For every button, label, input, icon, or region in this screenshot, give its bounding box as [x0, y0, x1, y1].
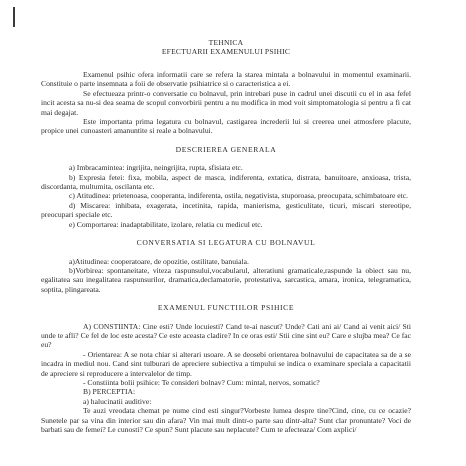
intro-paragraph-3: Este importanta prima legatura cu bolnav…	[41, 117, 411, 136]
document-page: TEHNICA EFECTUARII EXAMENULUI PSIHIC Exa…	[41, 38, 411, 434]
conversatia-item-b: b)Vorbirea: spontaneitate, viteza raspun…	[41, 266, 411, 294]
descriere-item-c: c) Atitudinea: prietenoasa, cooperanta, …	[41, 191, 411, 200]
intro-paragraph-2: Se efectueaza printr-o conversatie cu bo…	[41, 89, 411, 117]
descriere-item-e: e) Comportarea: inadaptabilitate, izolar…	[41, 220, 411, 229]
section-heading-conversatia: CONVERSATIA SI LEGATURA CU BOLNAVUL	[41, 238, 411, 247]
halucinatii-subheading: a) halucinatii auditive:	[41, 397, 411, 406]
margin-mark	[13, 7, 15, 27]
descriere-item-d: d) Miscarea: inhibata, exagerata, inceti…	[41, 201, 411, 220]
constiinta-bolii-paragraph: - Constiinta bolii psihice: Te consideri…	[41, 378, 411, 387]
perceptia-heading: B) PERCEPTIA:	[41, 387, 411, 396]
orientarea-paragraph: - Orientarea: A se nota chiar si alterar…	[41, 350, 411, 378]
title-line-1: TEHNICA	[41, 38, 411, 47]
halucinatii-paragraph: Te auzi vreodata chemat pe nume cind est…	[41, 406, 411, 434]
section-heading-descrierea: DESCRIEREA GENERALA	[41, 145, 411, 154]
intro-paragraph-1: Examenul psihic ofera informatii care se…	[41, 70, 411, 89]
document-title: TEHNICA EFECTUARII EXAMENULUI PSIHIC	[41, 38, 411, 56]
conversatia-item-a: a)Atitudinea: cooperatoare, de opozitie,…	[41, 257, 411, 266]
constiinta-paragraph: A) CONSTIINTA: Cine esti? Unde locuiesti…	[41, 322, 411, 350]
descriere-item-a: a) Imbracamintea: ingrijita, neingrijita…	[41, 163, 411, 172]
descriere-item-b: b) Expresia fetei: fixa, mobila, aspect …	[41, 173, 411, 192]
section-heading-examenul: EXAMENUL FUNCTIILOR PSIHICE	[41, 303, 411, 312]
title-line-2: EFECTUARII EXAMENULUI PSIHIC	[41, 47, 411, 56]
